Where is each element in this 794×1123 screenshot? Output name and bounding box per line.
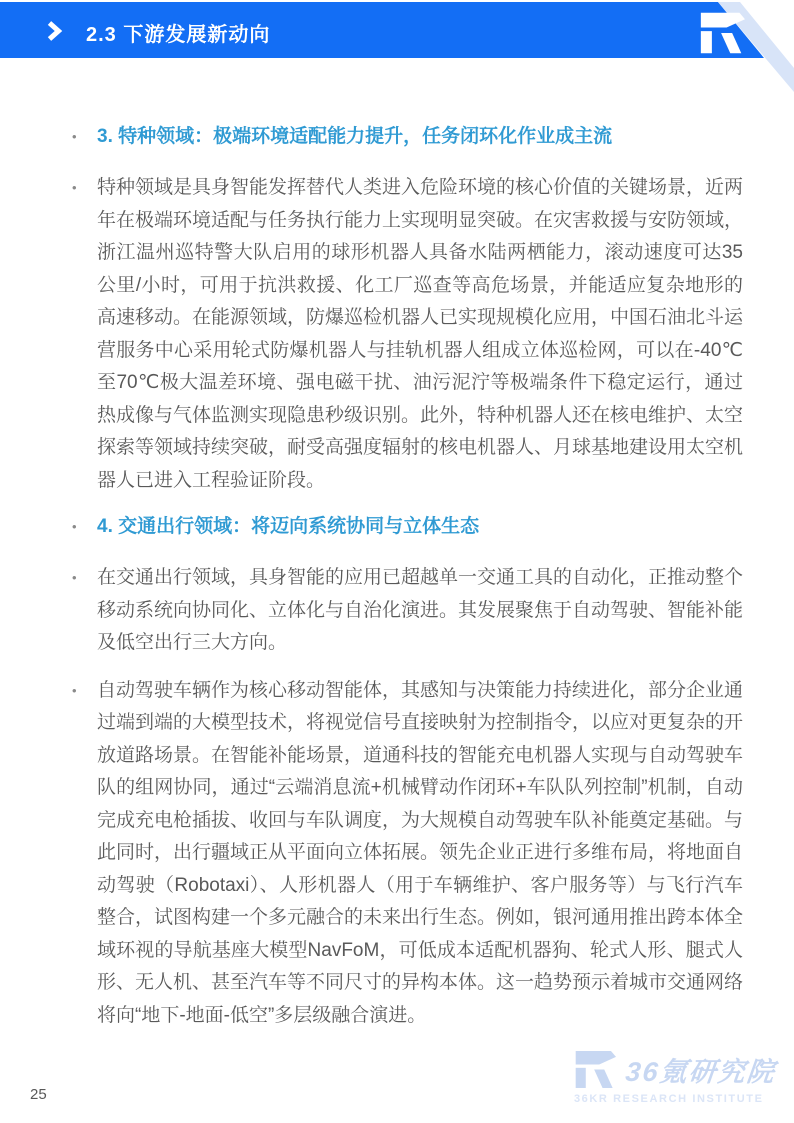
brand-watermark: 36氪研究院 36KR RESEARCH INSTITUTE bbox=[574, 1050, 776, 1105]
page-content: • 3. 特种领域：极端环境适配能力提升，任务闭环化作业成主流 • 特种领域是具… bbox=[0, 122, 794, 1032]
page-number: 25 bbox=[30, 1086, 47, 1103]
brand-name-cn: 36氪研究院 bbox=[624, 1050, 778, 1089]
report-page: { "header": { "title": "2.3 下游发展新动向" }, … bbox=[0, 0, 794, 1123]
kr-logo-icon bbox=[699, 12, 745, 54]
bullet-icon: • bbox=[72, 512, 97, 542]
section-title: 2.3 下游发展新动向 bbox=[86, 18, 270, 47]
bullet-icon: • bbox=[72, 562, 97, 660]
bullet-icon: • bbox=[72, 172, 97, 497]
bullet-icon: • bbox=[72, 122, 97, 152]
brand-watermark-row: 36氪研究院 bbox=[574, 1050, 776, 1089]
heading-block: • 3. 特种领域：极端环境适配能力提升，任务闭环化作业成主流 bbox=[72, 122, 743, 152]
kr-logo-watermark-icon bbox=[574, 1051, 616, 1088]
paragraph-text: 在交通出行领域，具身智能的应用已超越单一交通工具的自动化，正推动整个移动系统向协… bbox=[97, 562, 743, 660]
chevron-right-icon bbox=[46, 20, 63, 42]
bullet-icon: • bbox=[72, 675, 97, 1033]
paragraph-text: 自动驾驶车辆作为核心移动智能体，其感知与决策能力持续进化，部分企业通过端到端的大… bbox=[97, 675, 743, 1033]
header-bar: 2.3 下游发展新动向 bbox=[0, 0, 794, 95]
brand-name-en: 36KR RESEARCH INSTITUTE bbox=[574, 1093, 776, 1105]
paragraph-block: • 特种领域是具身智能发挥替代人类进入危险环境的核心价值的关键场景，近两年在极端… bbox=[72, 172, 743, 497]
paragraph-text: 特种领域是具身智能发挥替代人类进入危险环境的核心价值的关键场景，近两年在极端环境… bbox=[97, 172, 743, 497]
heading-text: 4. 交通出行领域：将迈向系统协同与立体生态 bbox=[97, 512, 743, 542]
header-background bbox=[0, 0, 794, 95]
heading-text: 3. 特种领域：极端环境适配能力提升，任务闭环化作业成主流 bbox=[97, 122, 743, 152]
paragraph-block: • 自动驾驶车辆作为核心移动智能体，其感知与决策能力持续进化，部分企业通过端到端… bbox=[72, 675, 743, 1033]
paragraph-block: • 在交通出行领域，具身智能的应用已超越单一交通工具的自动化，正推动整个移动系统… bbox=[72, 562, 743, 660]
heading-block: • 4. 交通出行领域：将迈向系统协同与立体生态 bbox=[72, 512, 743, 542]
